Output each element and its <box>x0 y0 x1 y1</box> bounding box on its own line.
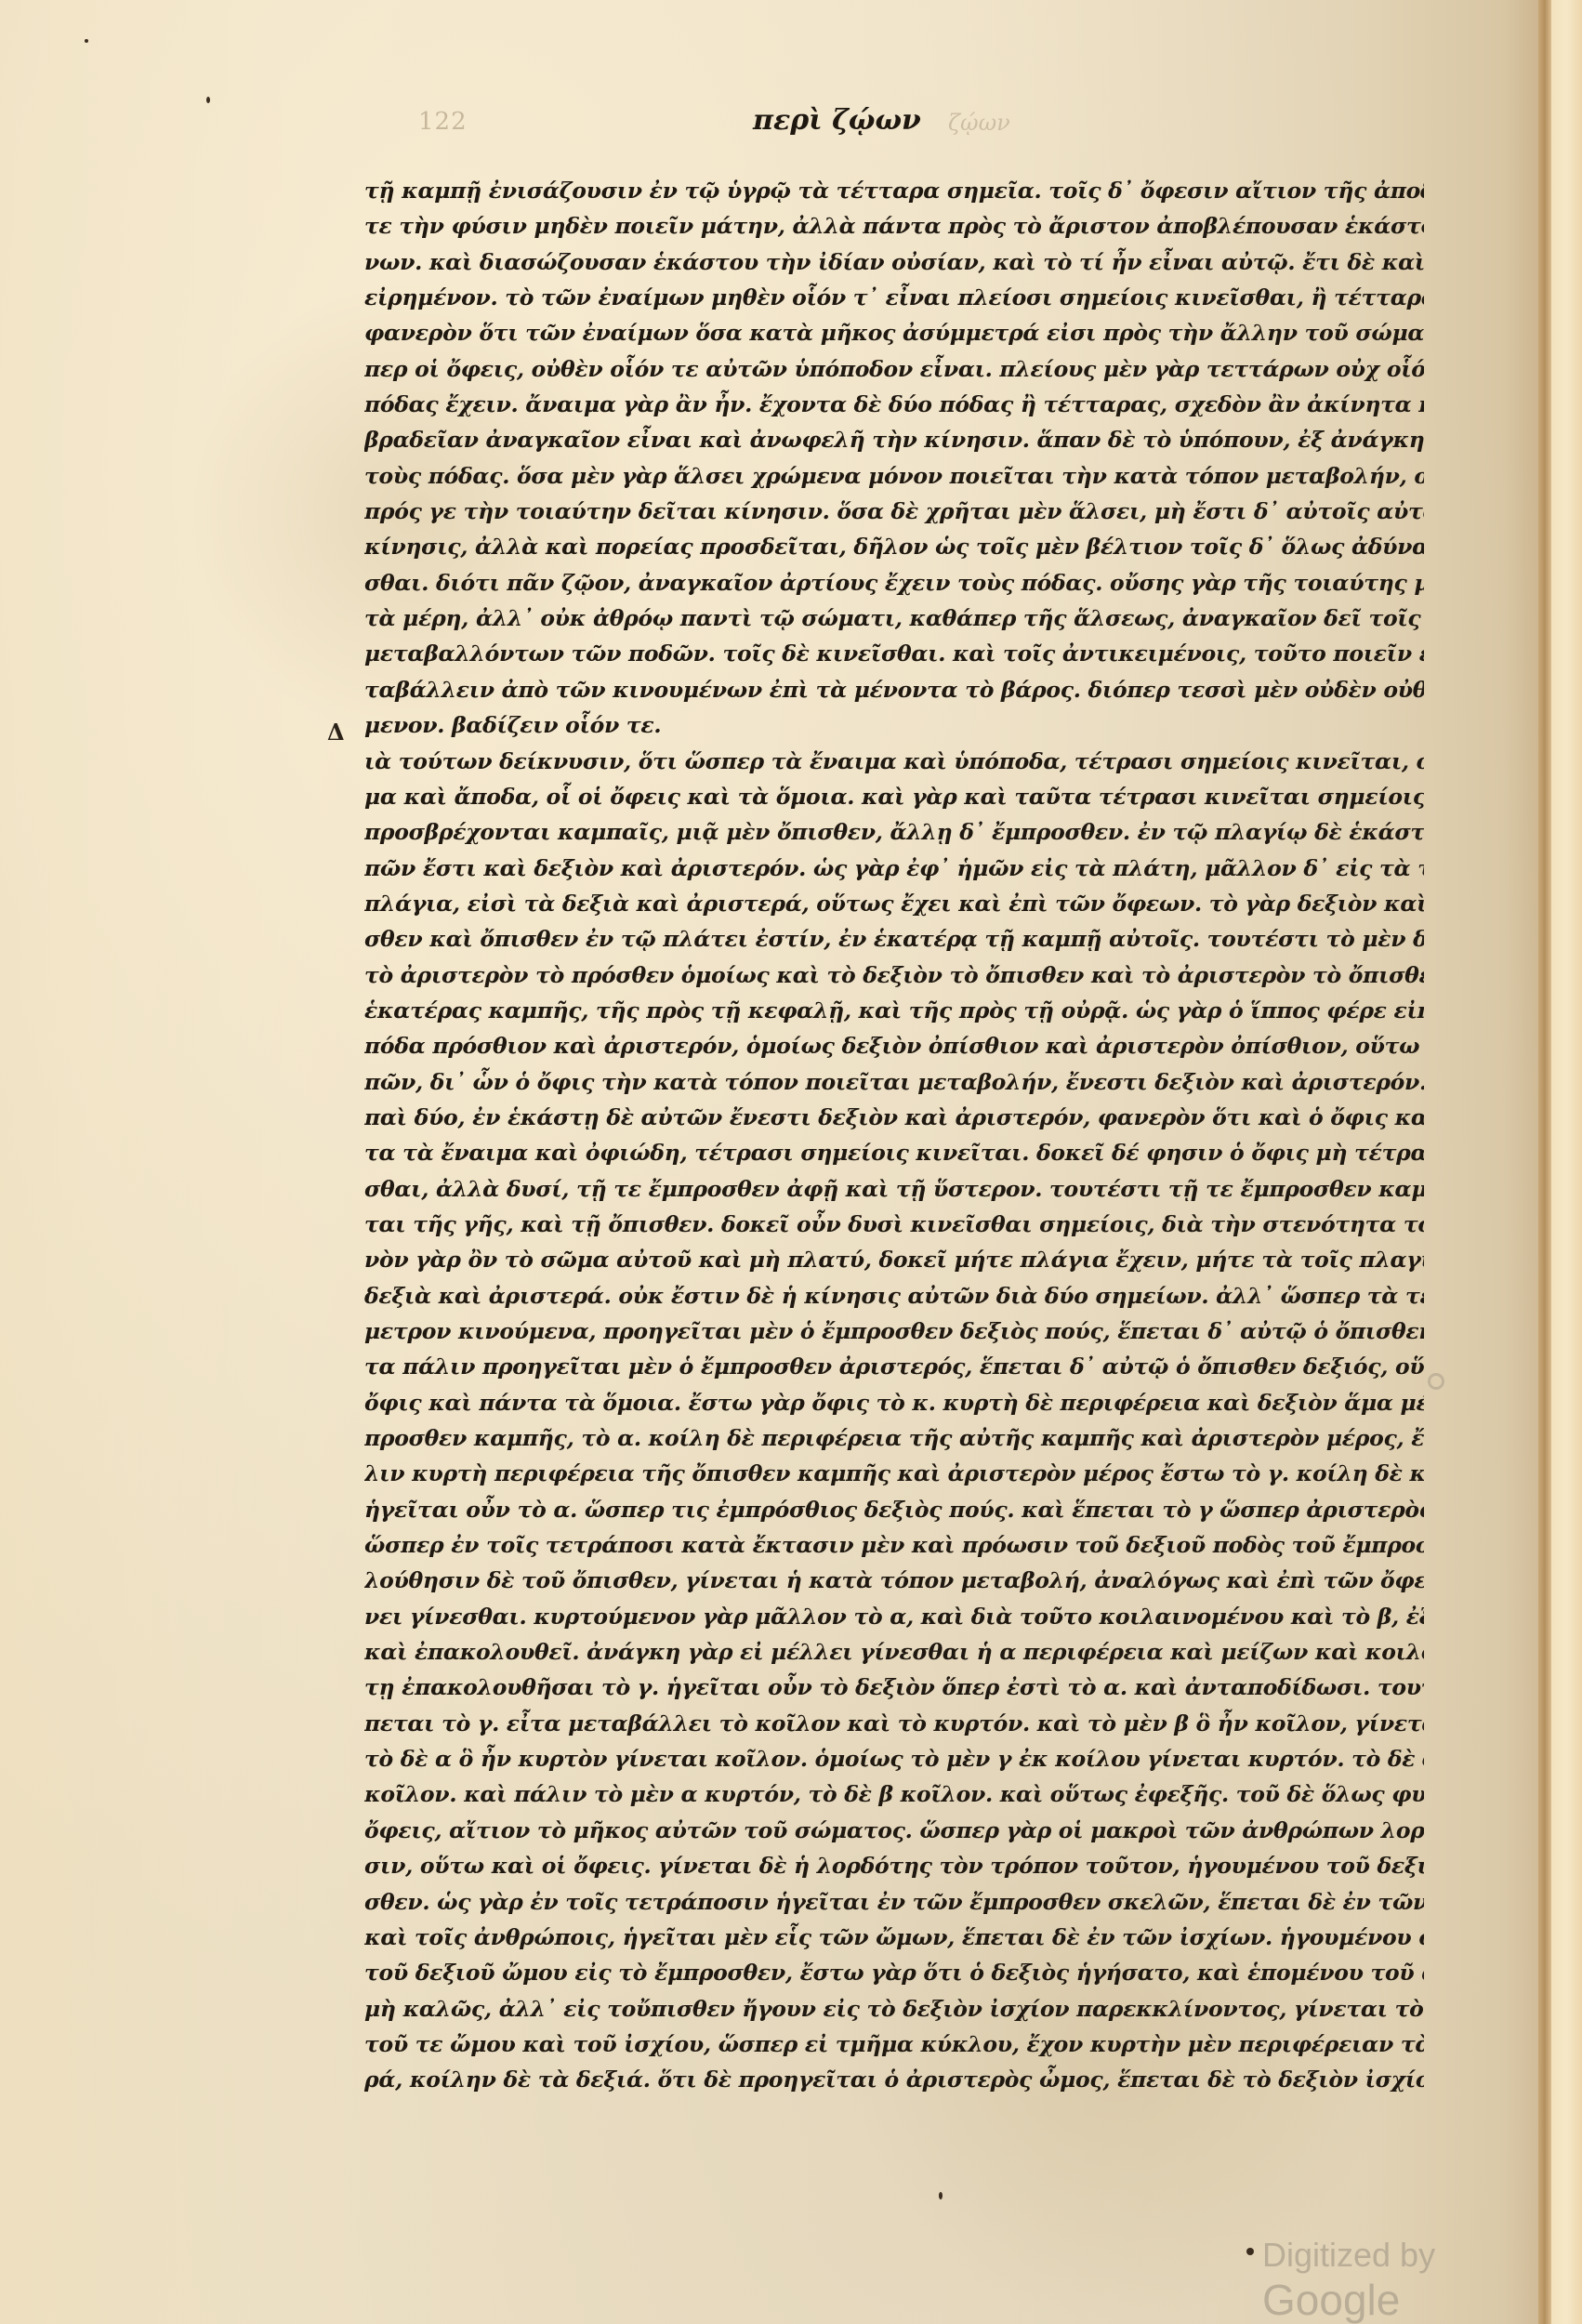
text-line: σιν, οὕτω καὶ οἱ ὄφεις. γίνεται δὲ ἡ λορ… <box>364 1848 1424 1883</box>
text-line: ὥσπερ ἐν τοῖς τετράποσι κατὰ ἔκτασιν μὲν… <box>364 1527 1424 1563</box>
text-line: φανερὸν ὅτι τῶν ἐναίμων ὅσα κατὰ μῆκος ἀ… <box>364 315 1424 350</box>
text-line: ται τῆς γῆς, καὶ τῇ ὄπισθεν. δοκεῖ οὖν δ… <box>364 1207 1424 1242</box>
text-line: λούθησιν δὲ τοῦ ὄπισθεν, γίνεται ἡ κατὰ … <box>364 1563 1424 1598</box>
text-line: τῃ ἐπακολουθῆσαι τὸ γ. ἡγεῖται οὖν τὸ δε… <box>364 1670 1424 1705</box>
text-line: νει γίνεσθαι. κυρτούμενον γὰρ μᾶλλον τὸ … <box>364 1599 1424 1634</box>
ink-speck <box>206 97 210 103</box>
text-line: εἰρημένον. τὸ τῶν ἐναίμων μηθὲν οἷόν τ᾽ … <box>364 280 1424 315</box>
body-text: τῇ καμπῇ ἐνισάζουσιν ἐν τῷ ὑγρῷ τὰ τέττα… <box>364 173 1424 2098</box>
text-line: ἑκατέρας καμπῆς, τῆς πρὸς τῇ κεφαλῇ, καὶ… <box>364 993 1424 1028</box>
text-line: κοῖλον. καὶ πάλιν τὸ μὲν α κυρτόν, τὸ δὲ… <box>364 1776 1424 1812</box>
text-line: σθαι. διότι πᾶν ζῷον, ἀναγκαῖον ἀρτίους … <box>364 565 1424 601</box>
page-gutter-edge <box>1538 0 1551 2324</box>
paragraph-marker-delta: Δ <box>327 719 345 746</box>
text-line: δεξιὰ καὶ ἀριστερά. οὐκ ἔστιν δὲ ἡ κίνησ… <box>364 1278 1424 1314</box>
text-line: περ οἱ ὄφεις, οὐθὲν οἷόν τε αὐτῶν ὑπόποδ… <box>364 351 1424 387</box>
text-line: τὰ μέρη, ἀλλ᾽ οὐκ ἀθρόῳ παντὶ τῷ σώματι,… <box>364 601 1424 636</box>
text-line: τα πάλιν προηγεῖται μὲν ὁ ἔμπροσθεν ἀρισ… <box>364 1349 1424 1384</box>
text-line: νὸν γὰρ ὂν τὸ σῶμα αὐτοῦ καὶ μὴ πλατύ, δ… <box>364 1242 1424 1277</box>
text-line: πόδα πρόσθιον καὶ ἀριστερόν, ὁμοίως δεξι… <box>364 1028 1424 1063</box>
running-title: περὶ ζῴων <box>753 104 921 137</box>
text-line: λιν κυρτὴ περιφέρεια τῆς ὄπισθεν καμπῆς … <box>364 1456 1424 1491</box>
text-line: καὶ τοῖς ἀνθρώποις, ἡγεῖται μὲν εἷς τῶν … <box>364 1920 1424 1955</box>
text-line: μενον. βαδίζειν οἷόν τε. <box>364 707 1424 743</box>
ink-speck <box>85 39 88 43</box>
text-line: μετρον κινούμενα, προηγεῖται μὲν ὁ ἔμπρο… <box>364 1314 1424 1349</box>
text-line: μεταβαλλόντων τῶν ποδῶν. τοῖς δὲ κινεῖσθ… <box>364 636 1424 671</box>
text-line: ταβάλλειν ἀπὸ τῶν κινουμένων ἐπὶ τὰ μένο… <box>364 672 1424 707</box>
book-page: 122 περὶ ζῴων ζῴων Δ τῇ καμπῇ ἐνισάζουσι… <box>0 0 1550 2324</box>
text-line: σθεν καὶ ὄπισθεν ἐν τῷ πλάτει ἐστίν, ἐν … <box>364 921 1424 957</box>
text-line: τα τὰ ἔναιμα καὶ ὀφιώδη, τέτρασι σημείοι… <box>364 1135 1424 1170</box>
text-line: τὸ ἀριστερὸν τὸ πρόσθεν ὁμοίως καὶ τὸ δε… <box>364 957 1424 993</box>
text-line: πρός γε τὴν τοιαύτην δεῖται κίνησιν. ὅσα… <box>364 494 1424 529</box>
running-header: 122 περὶ ζῴων ζῴων <box>353 104 1450 141</box>
text-line: πεται τὸ γ. εἶτα μεταβάλλει τὸ κοῖλον κα… <box>364 1706 1424 1741</box>
text-line: νων. καὶ διασώζουσαν ἑκάστου τὴν ἰδίαν ο… <box>364 244 1424 280</box>
ink-speck <box>1246 2248 1254 2255</box>
text-line: πῶν ἔστι καὶ δεξιὸν καὶ ἀριστερόν. ὡς γὰ… <box>364 851 1424 886</box>
text-line: τοὺς πόδας. ὅσα μὲν γὰρ ἅλσει χρώμενα μό… <box>364 458 1424 494</box>
text-line: τοῦ τε ὤμου καὶ τοῦ ἰσχίου, ὥσπερ εἰ τμῆ… <box>364 2027 1424 2062</box>
text-line: ιὰ τούτων δείκνυσιν, ὅτι ὥσπερ τὰ ἔναιμα… <box>364 744 1424 779</box>
text-line: καὶ ἐπακολουθεῖ. ἀνάγκη γὰρ εἰ μέλλει γί… <box>364 1634 1424 1670</box>
text-line: τε τὴν φύσιν μηδὲν ποιεῖν μάτην, ἀλλὰ πά… <box>364 208 1424 244</box>
text-line: παὶ δύο, ἐν ἑκάστῃ δὲ αὐτῶν ἔνεστι δεξιὸ… <box>364 1100 1424 1135</box>
text-line: κίνησις, ἀλλὰ καὶ πορείας προσδεῖται, δῆ… <box>364 529 1424 564</box>
watermark-brand: Google <box>1262 2276 1400 2324</box>
text-line: τοῦ δεξιοῦ ὤμου εἰς τὸ ἔμπροσθεν, ἔστω γ… <box>364 1955 1424 1990</box>
text-line: τὸ δὲ α ὃ ἦν κυρτὸν γίνεται κοῖλον. ὁμοί… <box>364 1741 1424 1776</box>
text-line: πῶν, δι᾽ ὧν ὁ ὄφις τὴν κατὰ τόπον ποιεῖτ… <box>364 1064 1424 1100</box>
text-line: σθαι, ἀλλὰ δυσί, τῇ τε ἔμπροσθεν ἀφῇ καὶ… <box>364 1171 1424 1207</box>
ink-speck <box>939 2192 943 2199</box>
text-line: πόδας ἔχειν. ἄναιμα γὰρ ἂν ἦν. ἔχοντα δὲ… <box>364 387 1424 422</box>
text-line: ρά, κοίλην δὲ τὰ δεξιά. ὅτι δὲ προηγεῖτα… <box>364 2062 1424 2097</box>
text-line: ὄφεις, αἴτιον τὸ μῆκος αὐτῶν τοῦ σώματος… <box>364 1813 1424 1848</box>
text-line: μα καὶ ἄποδα, οἷ οἱ ὄφεις καὶ τὰ ὅμοια. … <box>364 779 1424 814</box>
text-line: πλάγια, εἰσὶ τὰ δεξιὰ καὶ ἀριστερά, οὕτω… <box>364 886 1424 921</box>
text-line: μὴ καλῶς, ἀλλ᾽ εἰς τοὔπισθεν ἤγουν εἰς τ… <box>364 1991 1424 2027</box>
adjacent-page-edge <box>1551 0 1582 2324</box>
text-line: βραδεῖαν ἀναγκαῖον εἶναι καὶ ἀνωφελῆ τὴν… <box>364 422 1424 457</box>
paper-blemish-ring <box>1428 1373 1444 1390</box>
text-line: σθεν. ὡς γὰρ ἐν τοῖς τετράποσιν ἡγεῖται … <box>364 1884 1424 1920</box>
text-line: ὄφις καὶ πάντα τὰ ὅμοια. ἔστω γὰρ ὄφις τ… <box>364 1385 1424 1420</box>
watermark-prefix: Digitized by <box>1262 2236 1435 2274</box>
text-line: τῇ καμπῇ ἐνισάζουσιν ἐν τῷ ὑγρῷ τὰ τέττα… <box>364 173 1424 208</box>
bleed-through-page-number: 122 <box>418 108 468 136</box>
text-line: προσθεν καμπῆς, τὸ α. κοίλη δὲ περιφέρει… <box>364 1420 1424 1456</box>
digitized-by-google-watermark: Digitized by Google <box>1262 2236 1550 2324</box>
bleed-through-title: ζῴων <box>948 110 1010 136</box>
text-line: προσβρέχονται καμπαῖς, μιᾷ μὲν ὄπισθεν, … <box>364 814 1424 850</box>
text-line: ἡγεῖται οὖν τὸ α. ὥσπερ τις ἐμπρόσθιος δ… <box>364 1492 1424 1527</box>
